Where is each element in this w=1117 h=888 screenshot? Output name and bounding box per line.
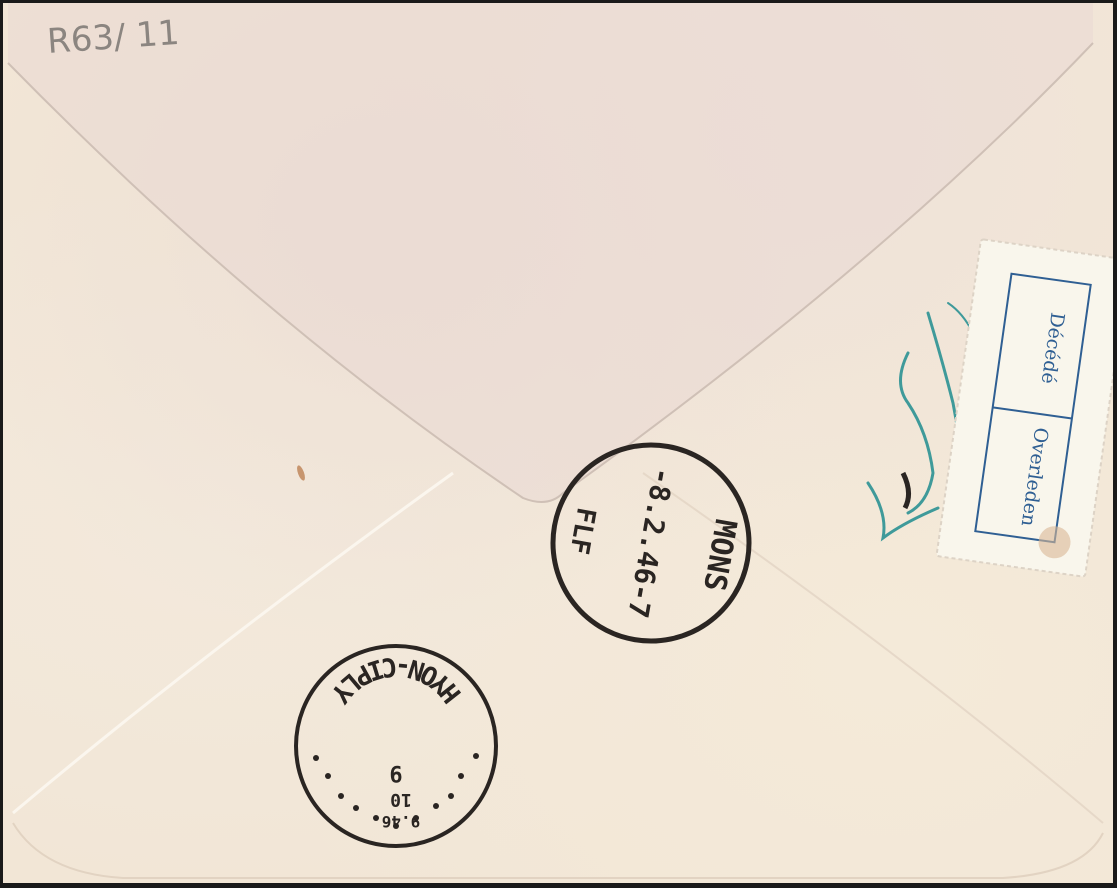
postmark-line3: 9.46 [382, 812, 421, 831]
top-flap [8, 3, 1093, 502]
envelope-drawing: R63/ 11 MONS -8.2.46-7 FLF HYON-CIPLY 9 … [3, 3, 1113, 883]
label-paper [936, 239, 1113, 577]
bottom-flap-edge [13, 823, 1103, 878]
envelope-back: R63/ 11 MONS -8.2.46-7 FLF HYON-CIPLY 9 … [3, 3, 1113, 883]
postmark-code: FLF [563, 505, 601, 556]
ink-smudge [903, 473, 909, 508]
death-label: Décédé Overleden [936, 239, 1113, 577]
postmark-date: -8.2.46-7 [621, 465, 680, 620]
postmark-town: MONS [696, 516, 743, 593]
left-crease [13, 473, 453, 813]
stain-mark [295, 464, 306, 481]
postmark-hyon-ciply: HYON-CIPLY 9 10 9.46 [296, 646, 496, 846]
postmark-line1: 9 [389, 760, 402, 785]
postmark-line2: 10 [390, 789, 412, 810]
